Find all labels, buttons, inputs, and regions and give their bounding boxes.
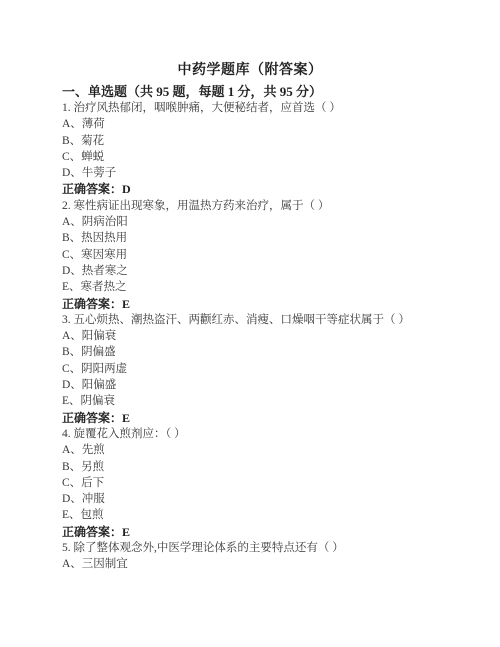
option: E、阴偏衰 <box>0 393 500 409</box>
answer-line: 正确答案：D <box>0 181 500 197</box>
option: B、热因热用 <box>0 230 500 246</box>
document-page: 中药学题库（附答案） 一、单选题（共 95 题，每题 1 分，共 95 分） 1… <box>0 0 500 647</box>
question-text: 3. 五心烦热、潮热盗汗、两颧红赤、消瘦、口燥咽干等症状属于（ ） <box>0 312 500 328</box>
question-block-5: 5. 除了整体观念外,中医学理论体系的主要特点还有（ ） A、三因制宜 <box>0 540 500 573</box>
option: E、寒者热之 <box>0 279 500 295</box>
option: C、阴阳两虚 <box>0 361 500 377</box>
question-text: 1. 治疗风热郁闭，咽喉肿痛，大便秘结者，应首选（ ） <box>0 100 500 116</box>
option: C、蝉蜕 <box>0 149 500 165</box>
option: A、阳偏衰 <box>0 328 500 344</box>
question-text: 4. 旋覆花入煎剂应：（ ） <box>0 426 500 442</box>
question-block-4: 4. 旋覆花入煎剂应：（ ） A、先煎 B、另煎 C、后下 D、冲服 E、包煎 … <box>0 426 500 540</box>
question-block-1: 1. 治疗风热郁闭，咽喉肿痛，大便秘结者，应首选（ ） A、薄荷 B、菊花 C、… <box>0 100 500 198</box>
question-block-2: 2. 寒性病证出现寒象，用温热方药来治疗，属于（ ） A、阴病治阳 B、热因热用… <box>0 198 500 312</box>
answer-line: 正确答案：E <box>0 296 500 312</box>
option: C、寒因寒用 <box>0 247 500 263</box>
option: B、阴偏盛 <box>0 344 500 360</box>
question-block-3: 3. 五心烦热、潮热盗汗、两颧红赤、消瘦、口燥咽干等症状属于（ ） A、阳偏衰 … <box>0 312 500 426</box>
document-body: 中药学题库（附答案） 一、单选题（共 95 题，每题 1 分，共 95 分） 1… <box>0 0 500 573</box>
question-text: 5. 除了整体观念外,中医学理论体系的主要特点还有（ ） <box>0 540 500 556</box>
answer-line: 正确答案：E <box>0 524 500 540</box>
option: D、阳偏盛 <box>0 377 500 393</box>
option: A、薄荷 <box>0 116 500 132</box>
section-header: 一、单选题（共 95 题，每题 1 分，共 95 分） <box>0 83 500 100</box>
option: D、牛蒡子 <box>0 165 500 181</box>
option: C、后下 <box>0 475 500 491</box>
option: B、另煎 <box>0 459 500 475</box>
answer-line: 正确答案：E <box>0 410 500 426</box>
option: A、先煎 <box>0 442 500 458</box>
option: A、阴病治阳 <box>0 214 500 230</box>
option: A、三因制宜 <box>0 556 500 572</box>
option: B、菊花 <box>0 133 500 149</box>
document-title: 中药学题库（附答案） <box>0 59 500 83</box>
option: E、包煎 <box>0 507 500 523</box>
question-text: 2. 寒性病证出现寒象，用温热方药来治疗，属于（ ） <box>0 198 500 214</box>
option: D、热者寒之 <box>0 263 500 279</box>
option: D、冲服 <box>0 491 500 507</box>
